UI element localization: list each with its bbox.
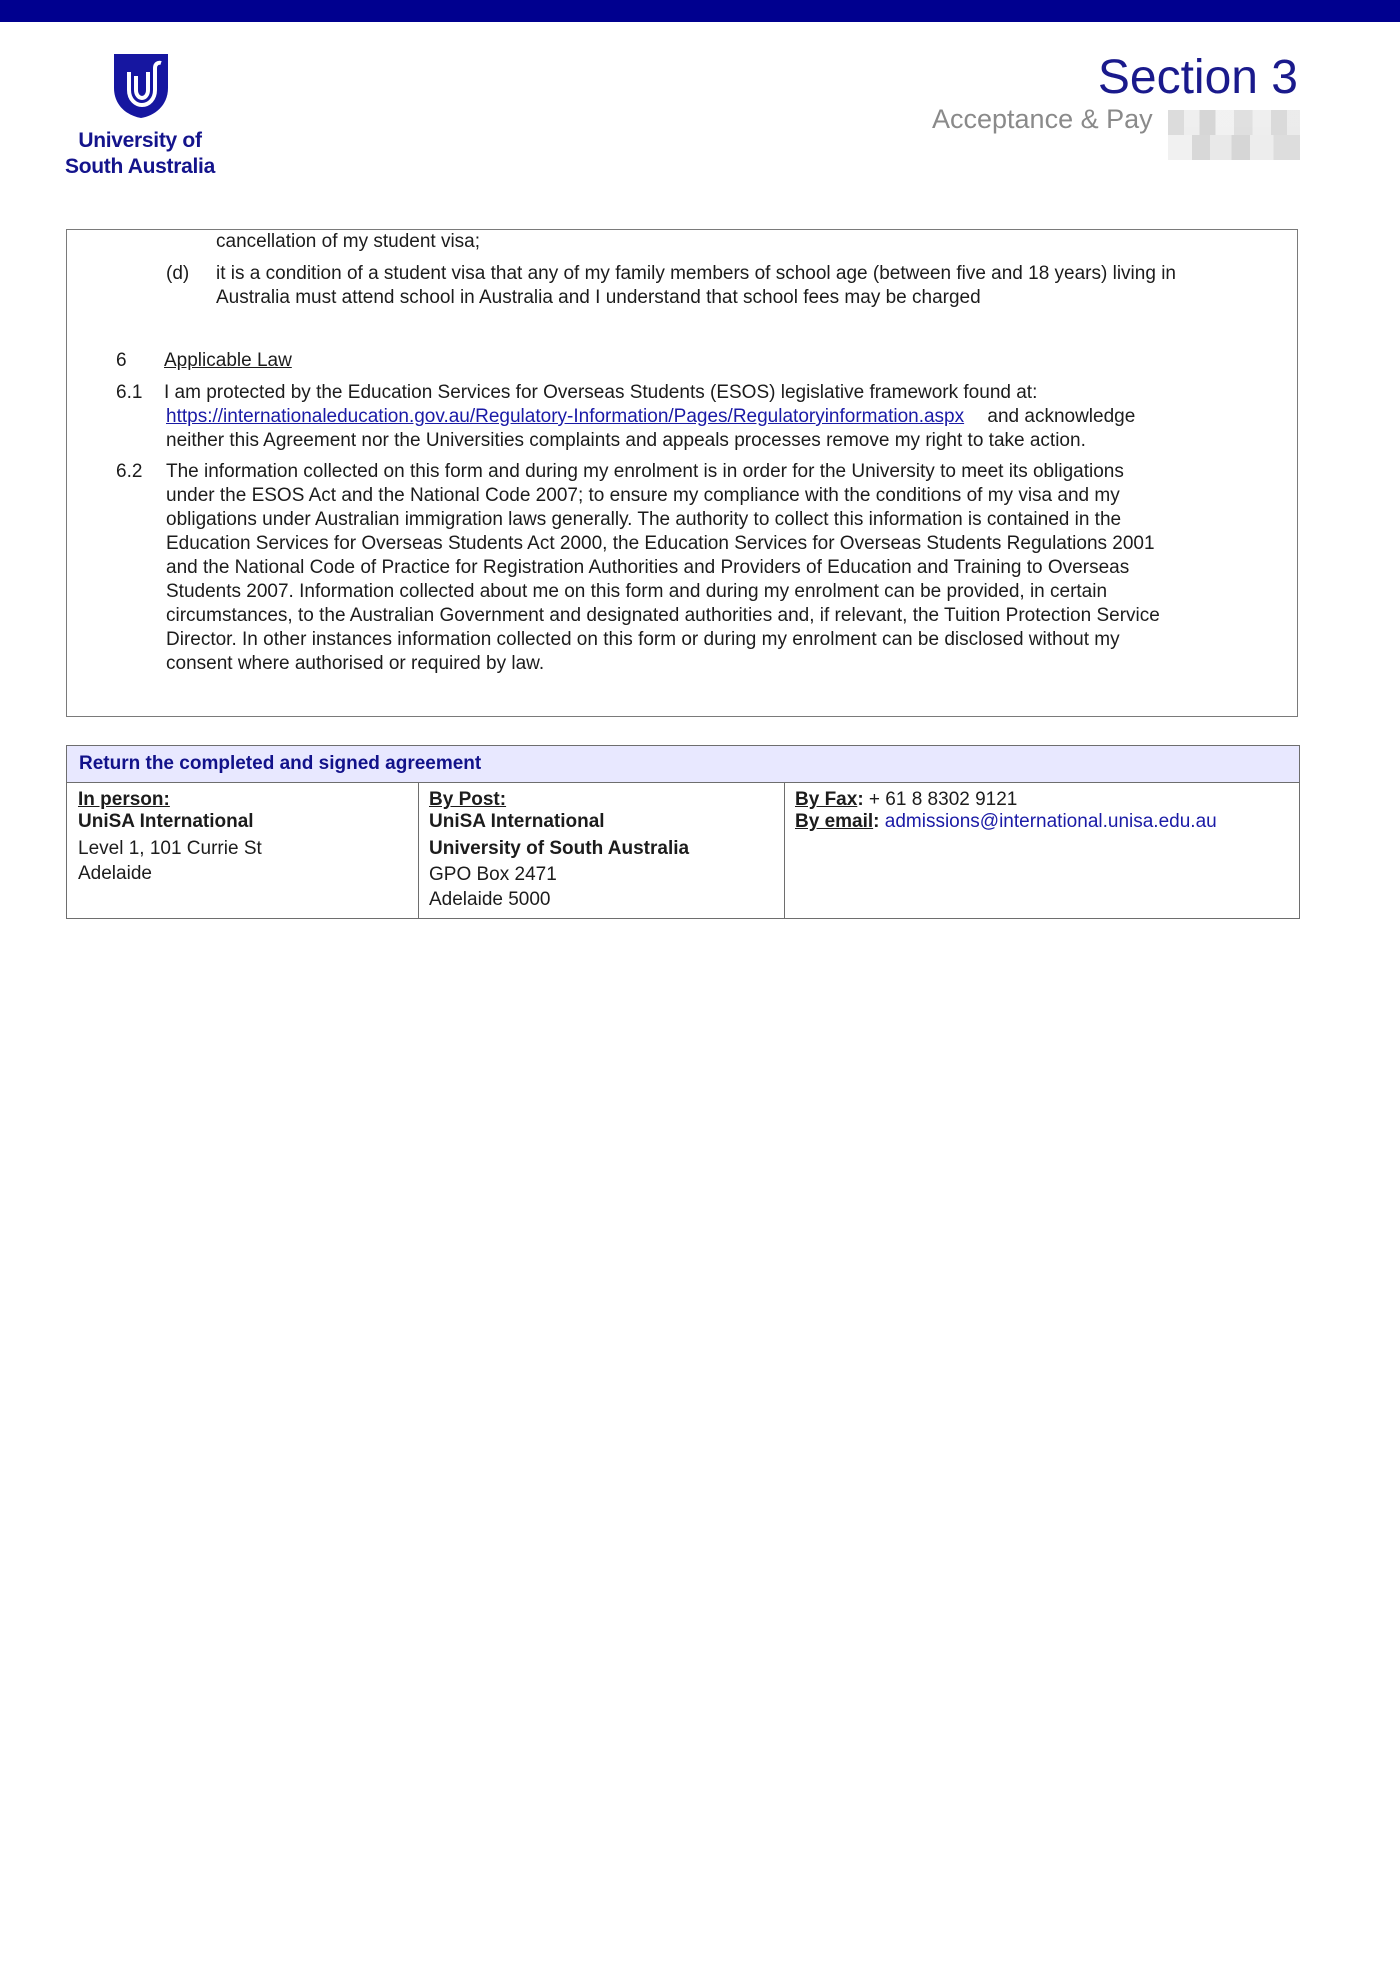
section-title: Section 3 (1098, 50, 1298, 106)
clause-6-1-number: 6.1 (116, 381, 142, 405)
clause-d-label: (d) (166, 262, 189, 286)
redacted-text-block (1168, 110, 1300, 160)
clause-6-2-line: Director. In other instances information… (166, 628, 1120, 652)
clause-6-2-number: 6.2 (116, 460, 142, 484)
in-person-cell: In person: UniSA International Level 1, … (67, 783, 419, 918)
by-fax-number: + 61 8 8302 9121 (869, 789, 1017, 810)
clause-c-continuation: cancellation of my student visa; (216, 230, 480, 254)
in-person-label: In person: (78, 789, 170, 811)
unisa-shield-icon (112, 52, 170, 120)
clause-6-2-line: Education Services for Overseas Students… (166, 532, 1155, 556)
by-post-address-line-2: Adelaide 5000 (429, 889, 551, 911)
clause-6-1-line-2: https://internationaleducation.gov.au/Re… (166, 405, 1135, 429)
by-post-org: UniSA International (429, 811, 605, 833)
return-table-heading: Return the completed and signed agreemen… (79, 753, 481, 775)
by-email-row: By email: admissions@international.unisa… (795, 811, 1217, 833)
in-person-address-line-2: Adelaide (78, 863, 152, 885)
logo-wordmark: University of South Australia (60, 128, 220, 180)
esos-framework-link[interactable]: https://internationaleducation.gov.au/Re… (166, 406, 964, 427)
clause-6-2-line: under the ESOS Act and the National Code… (166, 484, 1120, 508)
by-post-address-line-1: GPO Box 2471 (429, 864, 557, 886)
clause-6-1-line-2-rest: and acknowledge (987, 406, 1135, 427)
by-post-cell: By Post: UniSA International University … (418, 783, 785, 918)
return-table-header: Return the completed and signed agreemen… (67, 746, 1299, 783)
by-post-university: University of South Australia (429, 838, 689, 860)
top-brand-bar (0, 0, 1400, 22)
admissions-email-link[interactable]: admissions@international.unisa.edu.au (885, 811, 1217, 832)
clause-6-2-line: circumstances, to the Australian Governm… (166, 604, 1160, 628)
clause-6-1-line-1: I am protected by the Education Services… (164, 381, 1037, 405)
section-subtitle: Acceptance & Pay (932, 102, 1153, 136)
section-6-number: 6 (116, 349, 127, 373)
clause-6-1-line-3: neither this Agreement nor the Universit… (166, 429, 1086, 453)
by-post-label: By Post: (429, 789, 506, 811)
clause-6-2-line: consent where authorised or required by … (166, 652, 544, 676)
clause-d-line-2: Australia must attend school in Australi… (216, 286, 981, 310)
in-person-address-line-1: Level 1, 101 Currie St (78, 838, 262, 860)
in-person-org: UniSA International (78, 811, 254, 833)
section-6-heading: Applicable Law (164, 349, 292, 373)
return-agreement-table: Return the completed and signed agreemen… (66, 745, 1300, 919)
clause-d-line-1: it is a condition of a student visa that… (216, 262, 1176, 286)
clause-6-2-line: Students 2007. Information collected abo… (166, 580, 1107, 604)
by-fax-label: By Fax (795, 789, 857, 810)
clause-6-2-line: and the National Code of Practice for Re… (166, 556, 1129, 580)
by-fax-row: By Fax: + 61 8 8302 9121 (795, 789, 1017, 811)
clause-6-2-line: The information collected on this form a… (166, 460, 1124, 484)
clause-6-2-line: obligations under Australian immigration… (166, 508, 1121, 532)
fax-email-cell: By Fax: + 61 8 8302 9121 By email: admis… (784, 783, 1299, 918)
by-email-label: By email (795, 811, 873, 832)
